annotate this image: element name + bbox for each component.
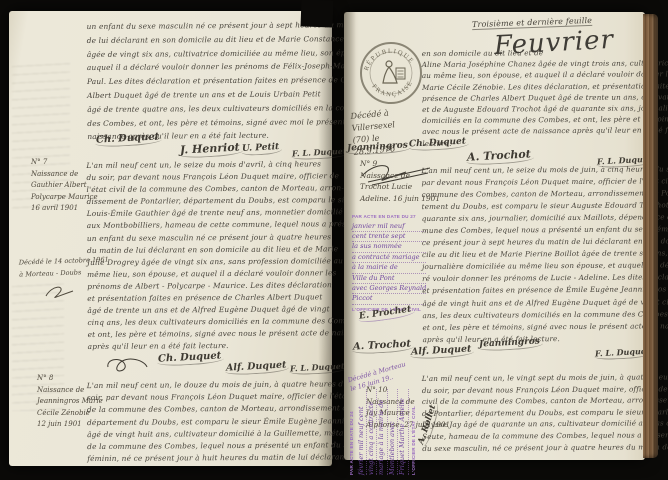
seal-text-bottom: FRANÇAISE	[370, 79, 414, 98]
signature: U. Petit	[241, 142, 283, 156]
act8-body-end: en son domicile au dit lieu et deAline M…	[422, 46, 668, 149]
marriage-mention-stamp-vertical: Par acte en date du 24février mil neuf c…	[347, 389, 411, 475]
signature: Jeanningros	[478, 336, 544, 351]
signature: Ch. Duquet	[157, 350, 225, 367]
binding-notch	[301, 0, 334, 28]
register-right-page: Troisième et dernière feuille RÉPUBLIQUE…	[344, 12, 645, 460]
signature: Ch. Duquet	[95, 131, 163, 148]
handwritten-line: ans, les deux cultivateurs domiciliés en…	[422, 307, 668, 321]
stamp-line: Piccot	[352, 294, 426, 304]
paraph-flourish	[43, 283, 77, 301]
stamp-line: janvier mil neuf	[352, 222, 426, 232]
signature: J. Henriot	[179, 140, 243, 158]
handwritten-line: âgé de trente quatre ans, les deux culti…	[87, 101, 377, 117]
signature: A. Trochot	[352, 338, 415, 354]
republique-francaise-seal: RÉPUBLIQUE FRANÇAISE	[358, 40, 424, 106]
signature: A. Trochot	[466, 147, 535, 166]
seal-figure-icon	[383, 61, 405, 83]
stamp-line: février mil neuf cent	[357, 389, 367, 475]
handwritten-line: Paul. Les dites déclaration et présentat…	[87, 73, 377, 89]
signature: Ch. Duquet	[408, 136, 470, 151]
handwritten-line: âgé de vingt huit ans et de Alfred Eugèn…	[422, 295, 668, 309]
stamp-line: mariage à la mairie de	[377, 389, 387, 475]
book-page-edges	[643, 14, 658, 458]
stamp-line: a contracté mariage	[352, 253, 426, 263]
stamp-line: cent trente sept	[352, 232, 426, 242]
handwritten-line: Seute, hameau de la commune des Combes, …	[422, 429, 668, 443]
handwritten-line: du sexe masculin, né ce présent jour à q…	[422, 441, 668, 455]
stamp-line: vingt cinq a contracté	[367, 389, 377, 475]
stamp-line: Par acte en date du 24	[347, 389, 357, 475]
stamp-line: Friquet Marthe Amélie	[398, 389, 408, 475]
stamp-line: Montlebon avec	[388, 389, 398, 475]
signature: Jeanningros	[346, 140, 412, 155]
stamp-line: Par acte en date du 27	[352, 212, 426, 222]
handwritten-line: et ont, les père et témoins, signé avec …	[88, 327, 370, 341]
act-continuation-body: un enfant du sexe masculin né ce présent…	[87, 18, 377, 144]
handwritten-line: des Combes, et ont, les père et témoins,…	[87, 115, 377, 131]
signature: Alf. Duquet	[225, 359, 290, 375]
signature: F. L. Duquet	[289, 360, 348, 375]
signature: Alf. Duquet	[410, 343, 475, 359]
register-scan: { "colors": { "ink": "#46423a", "annotat…	[0, 0, 668, 480]
svg-text:FRANÇAISE: FRANÇAISE	[370, 79, 414, 98]
handwritten-line: et présentation faites en présence de Ém…	[422, 283, 668, 297]
stamp-line: à la mairie de	[352, 263, 426, 273]
stamp-line: Ville du Pont	[352, 274, 426, 284]
act10-body: L'an mil neuf cent un, le vingt sept du …	[422, 371, 668, 454]
register-left-page: un enfant du sexe masculin né ce présent…	[9, 11, 332, 466]
handwritten-line: de lui déclarant en son domicile au dit …	[87, 32, 377, 48]
paraph-flourish	[104, 355, 150, 375]
act7-body: L'an mil neuf cent un, le seize du mois …	[86, 158, 370, 353]
marriage-mention-stamp: Par acte en date du 27janvier mil neufce…	[352, 212, 426, 314]
act9-body: L'an mil neuf cent un, le seize du mois …	[421, 163, 668, 346]
stamp-line: avec Georges Reynald	[352, 284, 426, 294]
stamp-line: la sus nommée	[352, 242, 426, 252]
handwritten-line: prénoms de Albert - Polycarpe - Maurice.…	[87, 279, 369, 293]
stamp-line: L'officier de l'état civil	[409, 389, 419, 475]
